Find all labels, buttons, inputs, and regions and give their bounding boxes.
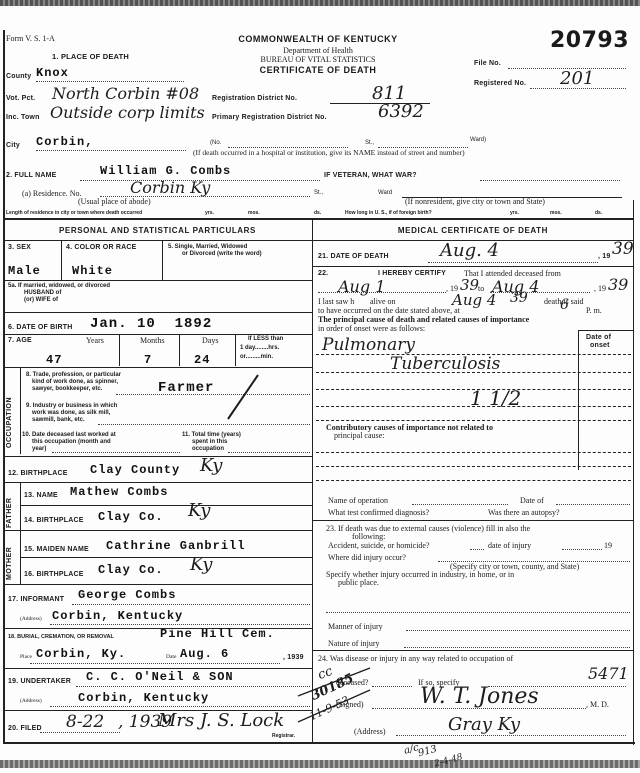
- county-line: [36, 81, 184, 82]
- operation-label: Name of operation: [328, 496, 388, 505]
- file-no-label: File No.: [474, 60, 501, 67]
- cause-rule-4: [316, 406, 631, 407]
- signed-line: [372, 708, 586, 709]
- spouse-label-2: HUSBAND of: [24, 290, 61, 296]
- certify-label: I HEREBY CERTIFY: [378, 270, 446, 277]
- divider-operation: [312, 520, 633, 521]
- undertaker-address-label: (Address): [20, 698, 42, 704]
- ward-label: Ward): [470, 137, 486, 143]
- personal-section-title: PERSONAL AND STATISTICAL PARTICULARS: [3, 226, 312, 235]
- heading-bureau: BUREAU OF VITAL STATISTICS: [218, 55, 418, 64]
- physician-address: Gray Ky: [448, 714, 520, 735]
- test-label: What test confirmed diagnosis?: [328, 508, 429, 517]
- dod-value: Aug. 4: [440, 240, 499, 261]
- trade-line: [116, 394, 310, 395]
- right-border: [633, 200, 634, 745]
- age-years-value: 47: [46, 353, 62, 367]
- age-months-divider: [179, 334, 180, 366]
- foreign-mos: mos.: [550, 210, 562, 216]
- dod-label: 21. DATE OF DEATH: [318, 253, 389, 260]
- divider-spouse: [3, 312, 312, 313]
- age-days-divider: [235, 334, 236, 366]
- attended-to-year-prefix: , 19: [594, 284, 606, 293]
- cause-rule-2: [316, 372, 631, 373]
- scan-edge-bottom: [0, 760, 640, 768]
- informant-value: George Combs: [78, 588, 176, 602]
- totaltime-label-3: occupation: [192, 446, 224, 452]
- burial-date-value: Aug. 6: [180, 647, 229, 661]
- informant-address-line: [50, 624, 310, 625]
- father-birthplace-value: Clay Co.: [98, 510, 164, 524]
- mother-side-label: MOTHER: [6, 534, 13, 580]
- dob-value: Jan. 10 1892: [90, 316, 212, 332]
- foreign-birth-label: How long in U. S., if of foreign birth?: [345, 210, 432, 216]
- inc-town-label: Inc. Town: [6, 114, 40, 121]
- county-value: Knox: [36, 66, 69, 80]
- place-of-death-heading: 1. PLACE OF DEATH: [52, 52, 129, 61]
- divider-birthplace: [3, 482, 312, 483]
- injury-date-line: [562, 549, 602, 550]
- cause-line-1: Pulmonary: [322, 335, 415, 355]
- burial-label: 18. BURIAL, CREMATION, OR REMOVAL: [8, 634, 114, 640]
- onset-label-2: onset: [590, 342, 610, 349]
- time-value: 6: [560, 297, 569, 313]
- registrar-signature: Mrs J. S. Lock: [158, 710, 284, 731]
- race-label: 4. COLOR OR RACE: [66, 244, 136, 251]
- spouse-label-1: 5a. If married, widowed, or divorced: [8, 283, 110, 289]
- length-of-residence-label: Length of residence in city or town wher…: [6, 210, 142, 216]
- father-birthplace-hand: Ky: [188, 500, 210, 521]
- marital-label-2: or Divorced (write the word): [182, 251, 262, 257]
- divider-father-name: [20, 505, 312, 506]
- lastworked-label-3: year): [32, 446, 46, 452]
- city-line: [36, 150, 186, 151]
- divider-mother: [3, 584, 312, 585]
- principal-label-1: The principal cause of death and related…: [318, 315, 529, 324]
- industry-label-1: 9. Industry or business in which: [26, 403, 117, 409]
- attended-to-year: 39: [608, 275, 628, 294]
- divider-mother-name: [20, 557, 312, 558]
- specify-line: [326, 612, 630, 613]
- parents-side-divider: [20, 482, 21, 584]
- dob-label: 6. DATE OF BIRTH: [8, 324, 73, 331]
- residence-st-label: St.,: [314, 190, 323, 196]
- physician-signature: W. T. Jones: [420, 684, 539, 709]
- filed-value: 8-22: [66, 712, 104, 732]
- vot-pct-label: Vot. Pct.: [6, 95, 35, 102]
- full-name-label: 2. FULL NAME: [6, 172, 57, 179]
- burial-place-label: Place: [20, 654, 32, 660]
- burial-place-line: [30, 663, 280, 664]
- accident-label: Accident, suicide, or homicide?: [328, 541, 430, 550]
- check-slash-mark: [222, 373, 262, 423]
- dod-year: 39: [612, 239, 634, 259]
- contrib-rule-3: [316, 480, 631, 481]
- left-border: [3, 30, 5, 742]
- scan-edge-top: [0, 0, 640, 6]
- totaltime-line: [228, 452, 310, 453]
- nonresident-note: (If nonresident, give city or town and S…: [405, 197, 545, 206]
- lastworked-label-2: this occupation (month and: [32, 439, 111, 445]
- race-value: White: [72, 264, 113, 278]
- burial-value: Pine Hill Cem.: [160, 627, 275, 641]
- father-name-label: 13. NAME: [24, 492, 58, 499]
- last-saw-year: 39: [510, 290, 528, 306]
- burial-date-label: Date: [166, 654, 176, 660]
- divider-personal: [3, 240, 312, 241]
- age-label: 7. AGE: [8, 337, 32, 344]
- filed-line: [40, 732, 120, 733]
- lastworked-label-1: 10. Date deceased last worked at: [22, 432, 116, 438]
- veteran-line: [480, 180, 620, 181]
- alive-label: alive on: [370, 297, 396, 306]
- filed-label: 20. FILED: [8, 725, 42, 732]
- margin-strike-lines: [296, 660, 376, 740]
- onset-top-line: [578, 330, 633, 331]
- burial-place-value: Corbin, Ky.: [36, 647, 126, 661]
- father-birthplace-label: 14. BIRTHPLACE: [24, 517, 84, 524]
- md-label: , M. D.: [586, 700, 609, 709]
- length-mos: mos.: [248, 210, 260, 216]
- months-label: Months: [140, 336, 164, 345]
- divider-father: [3, 530, 312, 531]
- operation-line: [412, 504, 508, 505]
- days-label: Days: [202, 336, 218, 345]
- medical-section-title: MEDICAL CERTIFICATE OF DEATH: [313, 226, 633, 235]
- foreign-yrs: yrs.: [510, 210, 519, 216]
- length-ds: ds.: [314, 210, 321, 216]
- last-saw-label: I last saw h: [318, 297, 354, 306]
- occupation-side-divider: [20, 367, 21, 454]
- residence-value: Corbin Ky: [130, 178, 210, 197]
- injury-year: 19: [604, 541, 612, 550]
- external-label-2: following:: [352, 532, 385, 541]
- dod-year-prefix: , 19: [598, 253, 610, 260]
- mother-name-value: Cathrine Ganbrill: [106, 539, 245, 553]
- informant-line: [72, 604, 310, 605]
- onset-label-1: Date of: [586, 334, 611, 341]
- divider-burial: [3, 668, 312, 669]
- heading-commonwealth: COMMONWEALTH OF KENTUCKY: [218, 34, 418, 44]
- injury-date-label: date of injury: [488, 541, 531, 550]
- totaltime-label-1: 11. Total time (years): [182, 432, 241, 438]
- death-certificate: Form V. S. 1-A 1. PLACE OF DEATH COMMONW…: [0, 0, 640, 773]
- birthplace-label: 12. BIRTHPLACE: [8, 470, 68, 477]
- principal-label-2: in order of onset were as follows:: [318, 324, 425, 333]
- years-label: Years: [86, 336, 104, 345]
- cause-line-2: Tuberculosis: [390, 354, 500, 374]
- full-name-value: William G. Combs: [100, 164, 231, 178]
- occupation-side-label: OCCUPATION: [6, 378, 13, 448]
- veteran-label: IF VETERAN, WHAT WAR?: [324, 172, 417, 179]
- inc-town-value: Outside corp limits: [50, 103, 205, 122]
- divider-dod: [312, 266, 633, 267]
- father-name-value: Mathew Combs: [70, 485, 168, 499]
- specify-label-2: public place.: [338, 578, 379, 587]
- divider-dob: [3, 334, 312, 335]
- sex-race-divider: [61, 240, 62, 280]
- vot-pct-value: North Corbin #08: [52, 84, 199, 103]
- informant-address-label: (Address): [20, 616, 42, 622]
- sex-value: Male: [8, 264, 41, 278]
- dod-line: [428, 262, 598, 263]
- reg-district-label: Registration District No.: [212, 95, 297, 102]
- residence-ward-label: Ward: [378, 190, 392, 196]
- registered-no-label: Registered No.: [474, 80, 526, 87]
- foreign-ds: ds.: [595, 210, 602, 216]
- informant-address-value: Corbin, Kentucky: [52, 609, 183, 623]
- age-years-divider: [119, 334, 120, 366]
- divider-sex: [3, 280, 312, 281]
- mother-birthplace-value: Clay Co.: [98, 563, 164, 577]
- contrib-rule-1: [316, 452, 631, 453]
- margin-number: 5471: [588, 664, 629, 683]
- manner-label: Manner of injury: [328, 622, 383, 631]
- city-value: Corbin,: [36, 135, 93, 149]
- marital-label-1: 5. Single, Married, Widowed: [168, 244, 247, 250]
- less-label-2: 1 day........hrs.: [240, 345, 279, 351]
- nature-line: [404, 647, 630, 648]
- trade-label-2: kind of work done, as spinner,: [32, 379, 118, 385]
- length-yrs: yrs.: [205, 210, 214, 216]
- attended-from-line: [318, 292, 446, 293]
- divider-occupation: [3, 456, 312, 457]
- trade-label-3: sawyer, bookkeeper, etc.: [32, 386, 102, 392]
- divider-main: [3, 218, 633, 220]
- bottom-border: [3, 742, 635, 744]
- mother-birthplace-label: 16. BIRTHPLACE: [24, 571, 84, 578]
- age-months-value: 7: [144, 353, 152, 367]
- manner-line: [406, 630, 630, 631]
- certify-num: 22.: [318, 270, 328, 277]
- lastworked-line: [52, 452, 180, 453]
- birthplace-value: Clay County: [90, 463, 180, 477]
- onset-column-divider: [578, 330, 579, 470]
- primary-reg-district-label: Primary Registration District No.: [212, 114, 327, 121]
- hospital-note: (If death occurred in a hospital or inst…: [193, 148, 465, 157]
- less-label-3: or.........min.: [240, 354, 273, 360]
- mother-name-label: 15. MAIDEN NAME: [24, 546, 89, 553]
- race-marital-divider: [162, 240, 163, 280]
- undertaker-value: C. C. O'Neil & SON: [86, 670, 234, 684]
- sex-label: 3. SEX: [8, 244, 31, 251]
- industry-label-3: sawmill, bank, etc.: [32, 417, 85, 423]
- nature-label: Nature of injury: [328, 639, 380, 648]
- attended-from: Aug 1: [338, 277, 385, 296]
- industry-line: [98, 424, 310, 425]
- heading-certificate: CERTIFICATE OF DEATH: [218, 65, 418, 75]
- contributory-label-2: principal cause:: [334, 431, 384, 440]
- occurred-label: to have occurred on the date stated abov…: [318, 306, 460, 315]
- bottom-note-913: 913: [417, 744, 438, 760]
- registered-no-value: 201: [560, 68, 594, 89]
- totaltime-label-2: spent in this: [192, 439, 227, 445]
- operation-date-line: [556, 504, 630, 505]
- undertaker-line: [76, 686, 310, 687]
- time-suffix: P. m.: [586, 306, 602, 315]
- undertaker-address-value: Corbin, Kentucky: [78, 691, 209, 705]
- cause-rule-5: [316, 420, 631, 421]
- attended-to-line: [490, 292, 590, 293]
- industry-label-2: work was done, as silk mill,: [32, 410, 110, 416]
- occupation-related-line: [372, 686, 412, 687]
- undertaker-label: 19. UNDERTAKER: [8, 678, 71, 685]
- county-label: County: [6, 73, 31, 80]
- undertaker-address-line: [50, 706, 310, 707]
- divider-age: [3, 367, 312, 368]
- father-side-label: FATHER: [6, 486, 13, 528]
- st-label: St.,: [365, 140, 374, 146]
- accident-line: [470, 549, 484, 550]
- trade-label-1: 8. Trade, profession, or particular: [26, 372, 121, 378]
- informant-label: 17. INFORMANT: [8, 596, 64, 603]
- where-label: Where did injury occur?: [328, 553, 406, 562]
- form-id: Form V. S. 1-A: [6, 34, 55, 43]
- less-label-1: If LESS than: [248, 336, 283, 342]
- residence-note: (Usual place of abode): [78, 197, 151, 206]
- divider-injury: [312, 650, 633, 651]
- age-days-value: 24: [194, 353, 210, 367]
- spouse-label-3: (or) WIFE of: [24, 297, 58, 303]
- mother-birthplace-hand: Ky: [190, 554, 212, 575]
- birthplace-hand: Ky: [200, 455, 222, 476]
- no-label: (No.: [210, 140, 221, 146]
- heading-department: Department of Health: [218, 46, 418, 55]
- residence-label: (a) Residence. No.: [22, 189, 82, 198]
- contrib-rule-2: [316, 466, 631, 467]
- certificate-number: 20793: [550, 28, 629, 53]
- autopsy-label: Was there an autopsy?: [488, 508, 560, 517]
- address-line: [396, 735, 626, 736]
- operation-date-label: Date of: [520, 496, 544, 505]
- primary-reg-district-value: 6392: [378, 101, 424, 122]
- registrar-label: Registrar.: [272, 733, 295, 739]
- city-label: City: [6, 142, 20, 149]
